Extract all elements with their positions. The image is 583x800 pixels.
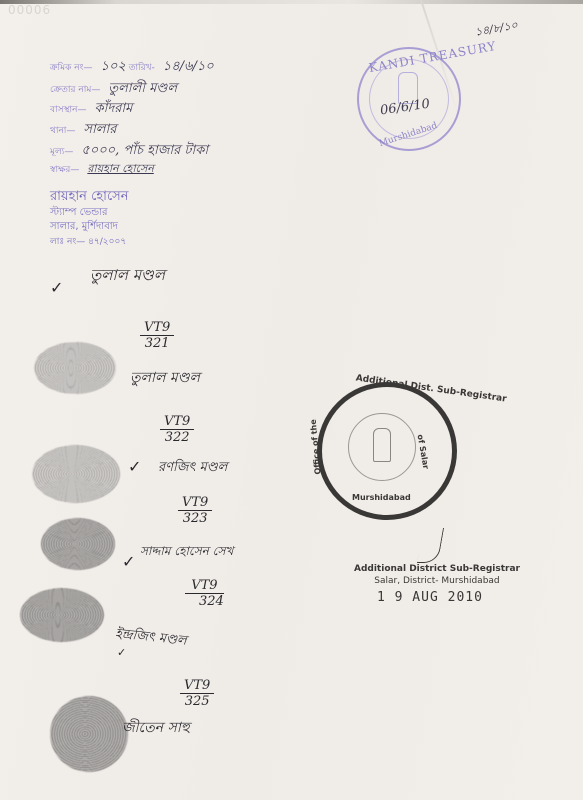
reference-code: VT9 xyxy=(180,678,214,694)
vendor-license: লাঃ নং— ৪৭/২০০৭ xyxy=(50,234,126,249)
stamp-row-residence: বাসস্থান—কাঁদরাম xyxy=(50,99,132,120)
stamp-row-signature: স্বাক্ষর—রায়হান হোসেন xyxy=(50,160,154,179)
check-mark-icon: ✓ xyxy=(117,646,126,659)
impression-reference: VT9 324 xyxy=(185,578,224,609)
stamp-label: তারিখ- xyxy=(129,63,155,73)
stamp-value: রায়হান হোসেন xyxy=(87,162,153,175)
seal-ring-text-bottom: Murshidabad xyxy=(352,493,411,502)
registrar-signature xyxy=(417,528,444,563)
impression-name: সাদ্দাম হোসেন সেখ xyxy=(140,543,233,563)
stamp-label: বাসস্থান— xyxy=(50,105,87,115)
impression-reference: VT9 325 xyxy=(180,678,214,709)
reference-code: VT9 xyxy=(160,414,194,430)
thumb-impression xyxy=(50,696,128,772)
stamp-label: মূল্য— xyxy=(50,147,73,157)
stamp-value: তুলালী মণ্ডল xyxy=(108,81,177,96)
faint-serial-number: 00006 xyxy=(8,3,51,17)
page-top-edge xyxy=(0,0,583,4)
impression-name: রণজিৎ মণ্ডল xyxy=(158,458,227,479)
signature-name: তুলাল মণ্ডল xyxy=(90,264,165,289)
ashoka-emblem-icon xyxy=(373,428,391,462)
thumb-impression xyxy=(20,588,104,642)
corner-initials-date: ১৪/৮/১০ xyxy=(474,16,520,42)
registrar-date-stamp: 1 9 AUG 2010 xyxy=(377,590,483,605)
thumb-impression xyxy=(34,342,116,394)
stamp-value: ১৪/৬/১০ xyxy=(163,59,214,74)
stamp-value: কাঁদরাম xyxy=(95,101,133,116)
impression-reference: VT9 322 xyxy=(160,414,194,445)
impression-name: তুলাল মণ্ডল xyxy=(130,366,200,390)
registrar-location: Salar, District- Murshidabad xyxy=(354,575,520,587)
impression-name: জীতেন সাহু xyxy=(122,716,190,740)
stamp-row-police-station: থানা—সালার xyxy=(50,120,116,141)
registrar-title: Additional District Sub-Registrar xyxy=(354,563,520,575)
impression-reference: VT9 321 xyxy=(140,320,174,351)
stamp-label: ক্রেতার নাম— xyxy=(50,85,100,95)
impression-reference: VT9 323 xyxy=(178,495,212,526)
reference-code: VT9 xyxy=(185,578,224,594)
document-page: 00006 ক্রমিক নং—১০২ তারিখ-১৪/৬/১০ ক্রেতা… xyxy=(0,0,583,800)
serial-number: 322 xyxy=(160,430,194,445)
serial-number: 323 xyxy=(178,511,212,526)
check-mark-icon: ✓ xyxy=(128,457,141,476)
check-mark-icon: ✓ xyxy=(50,278,63,297)
stamp-row-buyer: ক্রেতার নাম—তুলালী মণ্ডল xyxy=(50,79,177,100)
stamp-label: থানা— xyxy=(50,126,75,136)
serial-number: 321 xyxy=(140,336,174,351)
serial-number: 324 xyxy=(199,594,224,609)
stamp-value: ১০২ xyxy=(101,59,126,74)
serial-number: 325 xyxy=(180,694,214,709)
reference-code: VT9 xyxy=(178,495,212,511)
thumb-impression xyxy=(41,518,115,570)
thumb-impression xyxy=(32,445,120,503)
stamp-row-serial: ক্রমিক নং—১০২ তারিখ-১৪/৬/১০ xyxy=(50,57,214,78)
stamp-value: ৫০০০, পাঁচ হাজার টাকা xyxy=(81,143,208,158)
stamp-label: স্বাক্ষর— xyxy=(50,165,79,175)
stamp-value: সালার xyxy=(83,122,116,137)
stamp-label: ক্রমিক নং— xyxy=(50,63,93,73)
check-mark-icon: ✓ xyxy=(122,552,135,571)
stamp-row-price: মূল্য—৫০০০, পাঁচ হাজার টাকা xyxy=(50,141,208,162)
reference-code: VT9 xyxy=(140,320,174,336)
registrar-block: Additional District Sub-Registrar Salar,… xyxy=(354,563,520,587)
